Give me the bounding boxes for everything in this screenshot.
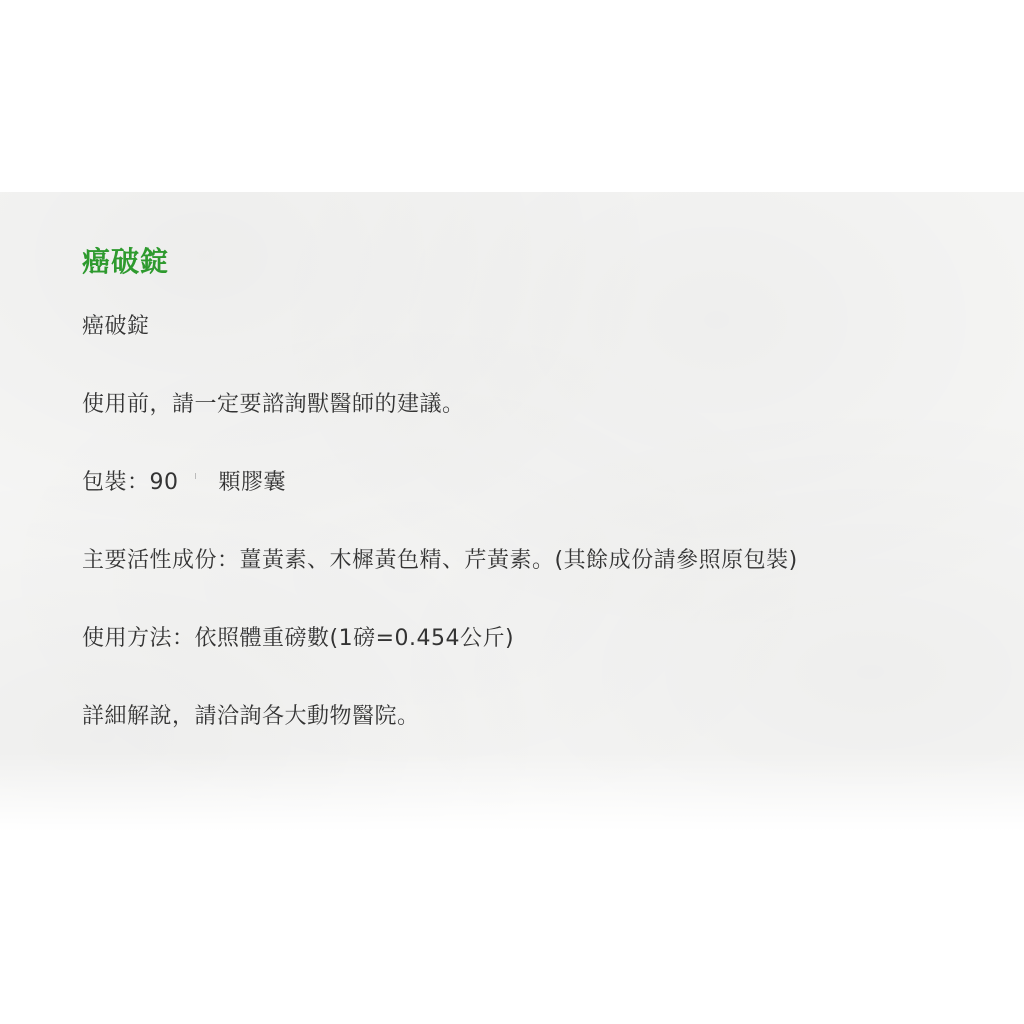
usage-instructions: 使用方法：依照體重磅數(1磅=0.454公斤) [82,624,982,654]
packaging-unit: 顆膠囊 [219,470,287,495]
product-name: 癌破錠 [82,312,982,342]
active-ingredients: 主要活性成份：薑黃素、木樨黃色精、芹黃素。(其餘成份請參照原包裝) [82,546,982,576]
packaging-info: 包裝：90顆膠囊 [82,468,982,498]
details-note: 詳細解說，請洽詢各大動物醫院。 [82,702,982,732]
product-title: 癌破錠 [82,244,982,280]
product-description-page: 癌破錠 癌破錠 使用前，請一定要諮詢獸醫師的建議。 包裝：90顆膠囊 主要活性成… [0,0,1024,1024]
product-description: 癌破錠 癌破錠 使用前，請一定要諮詢獸醫師的建議。 包裝：90顆膠囊 主要活性成… [82,244,982,780]
vet-consult-notice: 使用前，請一定要諮詢獸醫師的建議。 [82,390,982,420]
packaging-label: 包裝：90 [82,470,179,495]
